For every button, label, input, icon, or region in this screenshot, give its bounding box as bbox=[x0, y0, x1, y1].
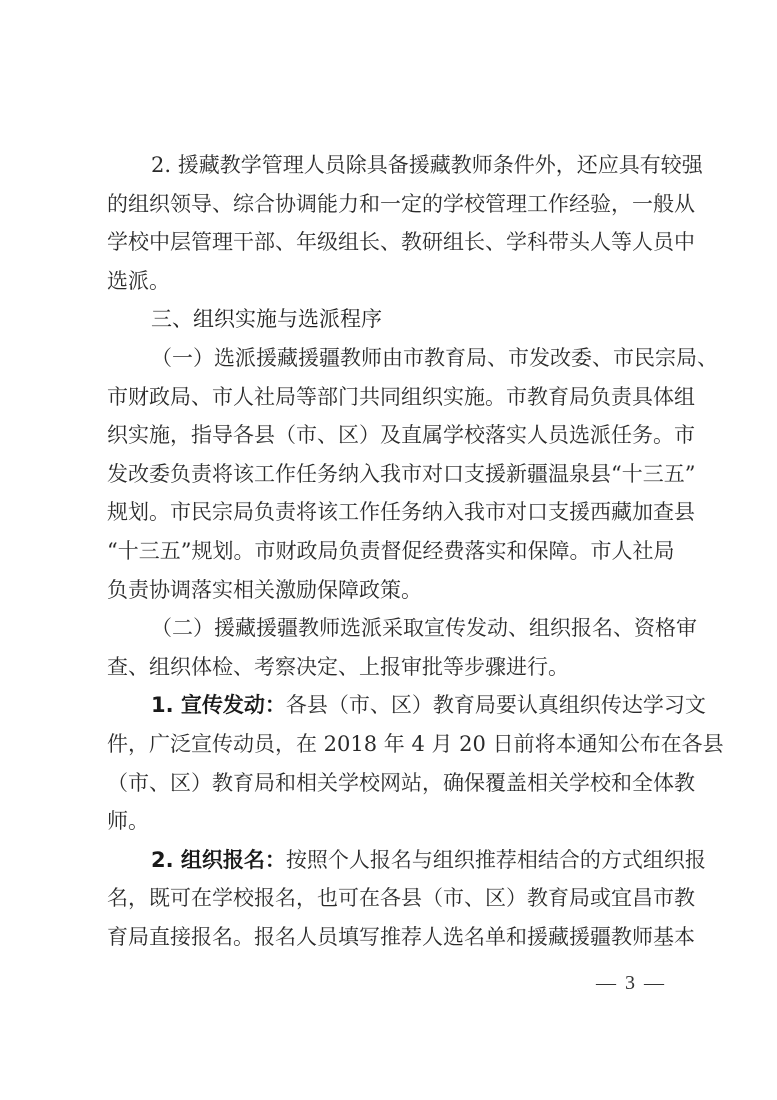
text-line: 查、组织体检、考察决定、上报审批等步骤进行。 bbox=[107, 648, 670, 687]
text-line: 1. 宣传发动：各县（市、区）教育局要认真组织传达学习文 bbox=[107, 686, 670, 725]
paragraph-management-staff: 2. 援藏教学管理人员除具备援藏教师条件外，还应具有较强 的组织领导、综合协调能… bbox=[107, 146, 670, 300]
text-line: 发改委负责将该工作任务纳入我市对口支援新疆温泉县“十三五” bbox=[107, 455, 670, 494]
text-line: 2. 援藏教学管理人员除具备援藏教师条件外，还应具有较强 bbox=[107, 146, 670, 185]
text-line: （二）援藏援疆教师选派采取宣传发动、组织报名、资格审 bbox=[107, 609, 670, 648]
page-number: — 3 — bbox=[596, 972, 666, 995]
document-page: 2. 援藏教学管理人员除具备援藏教师条件外，还应具有较强 的组织领导、综合协调能… bbox=[0, 0, 777, 1100]
text-line: （市、区）教育局和相关学校网站，确保覆盖相关学校和全体教 bbox=[107, 764, 670, 803]
step-label: 1. 宣传发动： bbox=[151, 693, 286, 717]
text-line: 2. 组织报名：按照个人报名与组织推荐相结合的方式组织报 bbox=[107, 841, 670, 880]
paragraph-item-2: （二）援藏援疆教师选派采取宣传发动、组织报名、资格审 查、组织体检、考察决定、上… bbox=[107, 609, 670, 686]
text-line: 市财政局、市人社局等部门共同组织实施。市教育局负责具体组 bbox=[107, 378, 670, 417]
section-heading: 三、组织实施与选派程序 bbox=[107, 300, 670, 339]
text-line: 的组织领导、综合协调能力和一定的学校管理工作经验，一般从 bbox=[107, 185, 670, 224]
text-line: 师。 bbox=[107, 802, 670, 841]
step-text: 各县（市、区）教育局要认真组织传达学习文 bbox=[286, 693, 706, 717]
paragraph-step-2: 2. 组织报名：按照个人报名与组织推荐相结合的方式组织报 名，既可在学校报名，也… bbox=[107, 841, 670, 957]
paragraph-step-1: 1. 宣传发动：各县（市、区）教育局要认真组织传达学习文 件，广泛宣传动员，在 … bbox=[107, 686, 670, 840]
text-line: 名，既可在学校报名，也可在各县（市、区）教育局或宜昌市教 bbox=[107, 879, 670, 918]
text-line: “十三五”规划。市财政局负责督促经费落实和保障。市人社局 bbox=[107, 532, 670, 571]
text-line: 件，广泛宣传动员，在 2018 年 4 月 20 日前将本通知公布在各县 bbox=[107, 725, 670, 764]
step-text: 按照个人报名与组织推荐相结合的方式组织报 bbox=[286, 848, 706, 872]
text-line: 学校中层管理干部、年级组长、教研组长、学科带头人等人员中 bbox=[107, 223, 670, 262]
text-line: 负责协调落实相关激励保障政策。 bbox=[107, 571, 670, 610]
text-line: 育局直接报名。报名人员填写推荐人选名单和援藏援疆教师基本 bbox=[107, 918, 670, 957]
document-body: 2. 援藏教学管理人员除具备援藏教师条件外，还应具有较强 的组织领导、综合协调能… bbox=[107, 146, 670, 956]
paragraph-item-1: （一）选派援藏援疆教师由市教育局、市发改委、市民宗局、 市财政局、市人社局等部门… bbox=[107, 339, 670, 609]
text-line: 选派。 bbox=[107, 262, 670, 301]
text-line: （一）选派援藏援疆教师由市教育局、市发改委、市民宗局、 bbox=[107, 339, 670, 378]
text-line: 织实施，指导各县（市、区）及直属学校落实人员选派任务。市 bbox=[107, 416, 670, 455]
text-line: 规划。市民宗局负责将该工作任务纳入我市对口支援西藏加查县 bbox=[107, 493, 670, 532]
step-label: 2. 组织报名： bbox=[151, 848, 286, 872]
